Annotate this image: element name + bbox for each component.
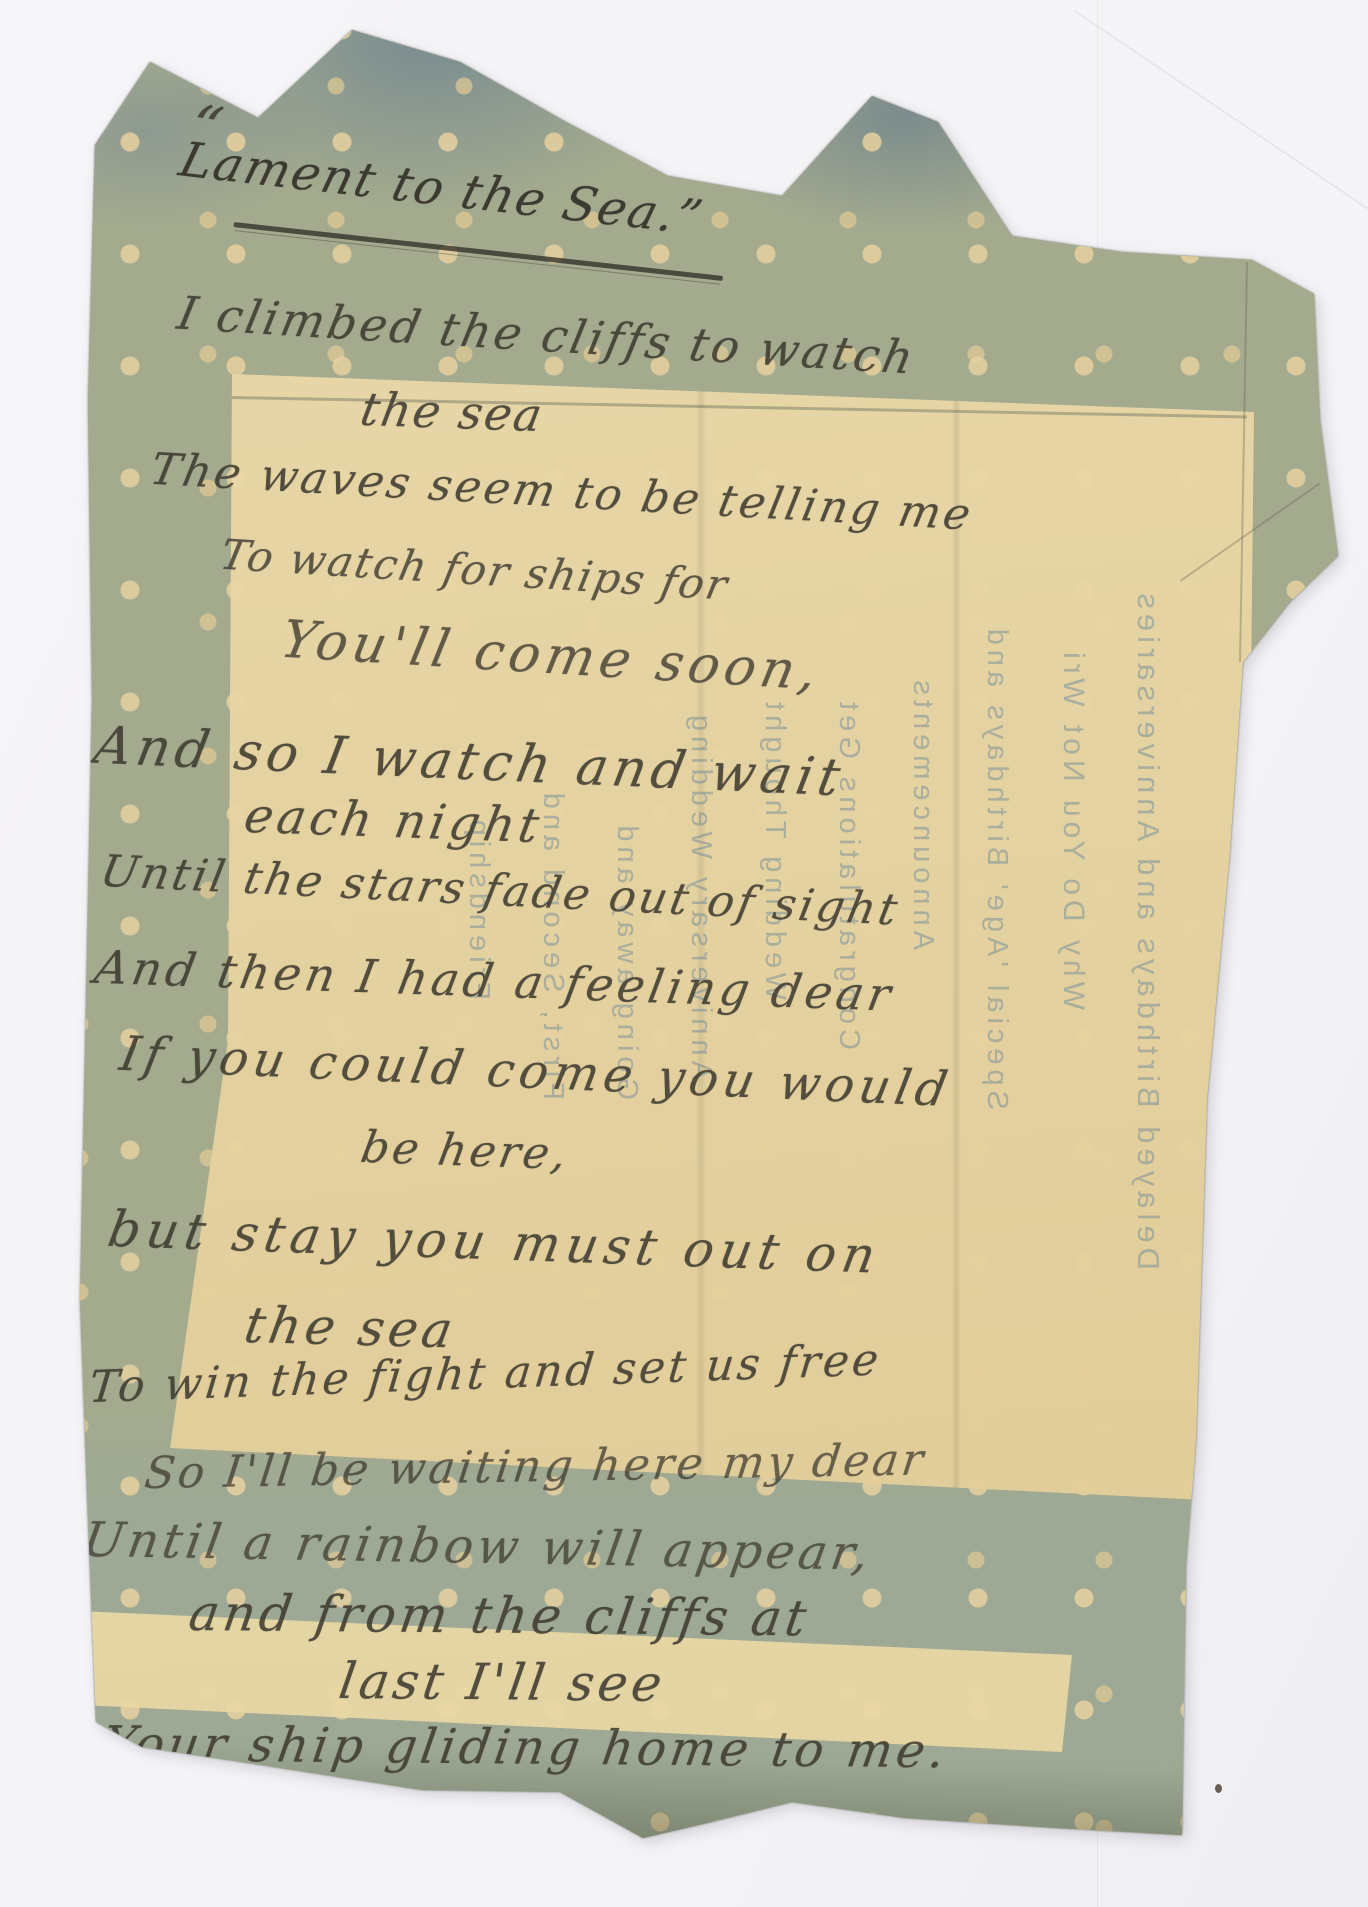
poem-line-2: the sea: [357, 382, 549, 442]
ghost-print-column: Delayed Birthdays and Anniversaries: [1130, 430, 1166, 1270]
paper-shadow-wrap: Delayed Birthdays and Anniversaries Why …: [0, 0, 1368, 1907]
poem-line-7: each night: [240, 788, 547, 854]
poem-line-16: Until a rainbow will appear,: [79, 1512, 876, 1582]
ghost-print-column: Why Do You Not Wri: [1056, 450, 1090, 1010]
poem-line-19: Your ship gliding home to me.: [100, 1716, 953, 1779]
poem-line-17: and from the cliffs at: [185, 1584, 814, 1647]
poem-line-11: be here,: [357, 1122, 573, 1180]
ghost-print-column: Going away and: [610, 540, 643, 1100]
ghost-print-column: Special 'Age' Birthdays and: [980, 470, 1013, 1110]
ghost-print-column: Announcements: [906, 480, 939, 950]
poem-line-18: last I'll see: [335, 1652, 669, 1713]
scan-background: Delayed Birthdays and Anniversaries Why …: [0, 0, 1368, 1907]
poem-line-1: I climbed the cliffs to watch: [173, 286, 921, 385]
torn-paper-scrap: Delayed Birthdays and Anniversaries Why …: [0, 0, 1368, 1907]
